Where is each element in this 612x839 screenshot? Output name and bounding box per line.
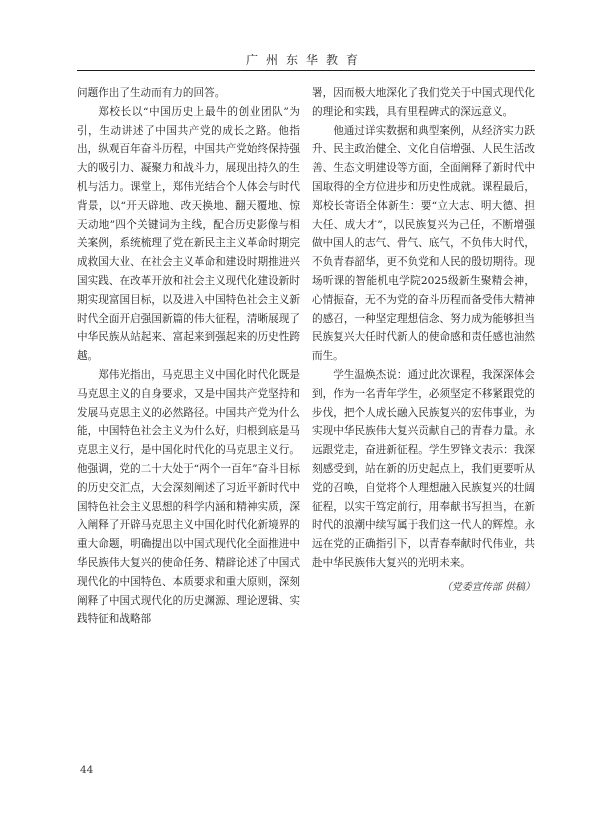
attribution: （党委宣传部 供稿） — [312, 579, 535, 598]
paragraph: 问题作出了生动而有力的回答。 — [77, 84, 300, 103]
paragraph: 郑校长以“中国历史上最牛的创业团队”为引，生动讲述了中国共产党的成长之路。他指出… — [77, 103, 300, 366]
header-divider — [77, 70, 535, 71]
paragraph: 郑伟光指出，马克思主义中国化时代化既是马克思主义的自身要求，又是中国共产党坚持和… — [77, 366, 300, 629]
paragraph: 他通过详实数据和典型案例，从经济实力跃升、民主政治健全、文化自信增强、人民生活改… — [312, 122, 535, 366]
paragraph: 署，因而极大地深化了我们党关于中国式现代化的理论和实践，具有里程碑式的深远意义。 — [312, 84, 535, 122]
article-body: 问题作出了生动而有力的回答。 郑校长以“中国历史上最牛的创业团队”为引，生动讲述… — [77, 84, 535, 644]
paragraph: 学生温焕杰说：通过此次课程，我深深体会到，作为一名青年学生，必须坚定不移紧跟党的… — [312, 366, 535, 573]
page-number: 44 — [80, 764, 93, 776]
left-column: 问题作出了生动而有力的回答。 郑校长以“中国历史上最牛的创业团队”为引，生动讲述… — [77, 84, 300, 644]
journal-title: 广州东华教育 — [0, 51, 612, 68]
right-column: 署，因而极大地深化了我们党关于中国式现代化的理论和实践，具有里程碑式的深远意义。… — [312, 84, 535, 644]
document-page: 广州东华教育 问题作出了生动而有力的回答。 郑校长以“中国历史上最牛的创业团队”… — [0, 0, 612, 839]
